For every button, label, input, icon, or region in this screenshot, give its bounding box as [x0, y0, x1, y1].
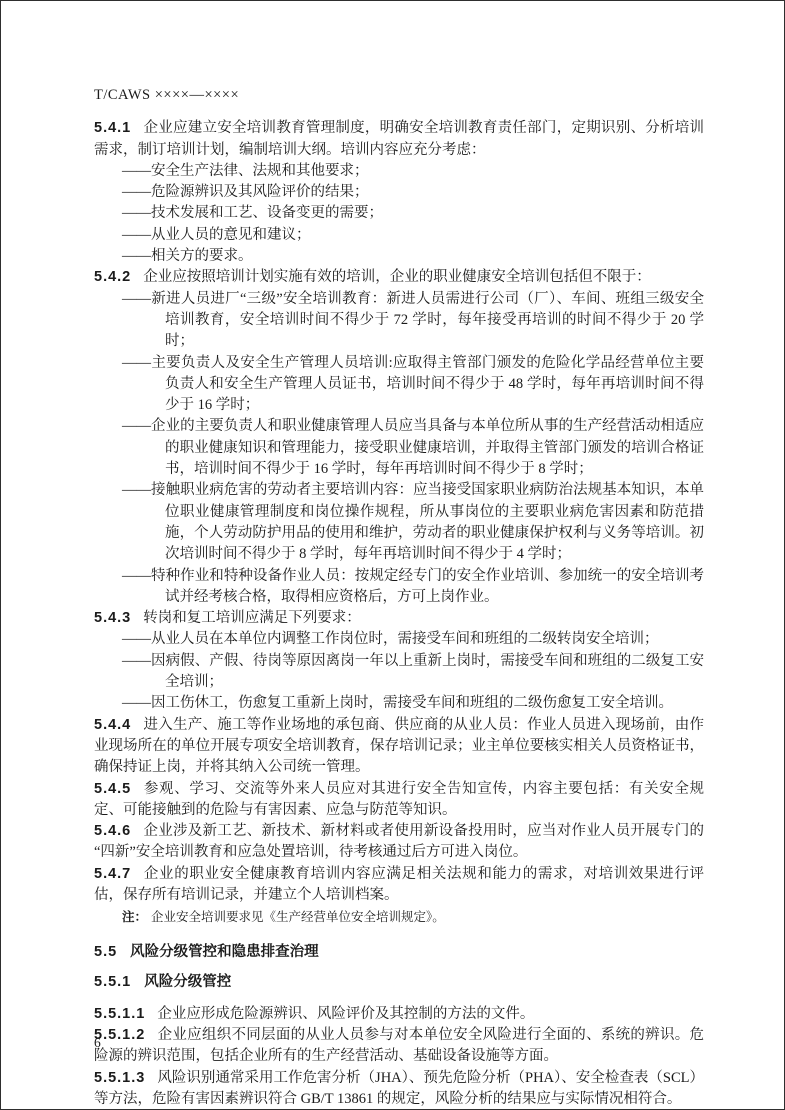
note-label: 注： [122, 910, 147, 924]
paragraph-text: 企业的职业安全健康教育培训内容应满足相关法规和能力的需求，对培训效果进行评估，保… [94, 866, 704, 903]
clause-number: 5.4.4 [94, 717, 131, 733]
paragraph-text: ——因病假、产假、待岗等原因离岗一年以上重新上岗时，需接受车间和班组的二级复工安… [122, 653, 704, 690]
dash-list-item: ——安全生产法律、法规和其他要求； [94, 161, 704, 182]
clause-paragraph: 5.4.5参观、学习、交流等外来人员应对其进行安全告知宣传，内容主要包括：有关安… [94, 779, 704, 822]
section-heading: 5.5风险分级管控和隐患排查治理 [94, 942, 704, 963]
paragraph-text: 风险识别通常采用工作危害分析（JHA）、预先危险分析（PHA）、安全检查表（SC… [94, 1070, 704, 1107]
paragraph-text: ——因工伤休工，伤愈复工重新上岗时，需接受车间和班组的二级伤愈复工安全培训。 [122, 695, 673, 711]
clause-number: 5.5 [94, 944, 117, 960]
clause-number: 5.4.7 [94, 866, 131, 882]
paragraph-text: 风险分级管控 [144, 974, 231, 990]
paragraph-text: ——从业人员的意见和建议； [122, 227, 311, 243]
subsection-heading: 5.5.1风险分级管控 [94, 972, 704, 993]
paragraph-text: 参观、学习、交流等外来人员应对其进行安全告知宣传，内容主要包括：有关安全规定、可… [94, 781, 704, 818]
clause-number: 5.4.5 [94, 781, 131, 797]
paragraph-text: ——安全生产法律、法规和其他要求； [122, 163, 369, 179]
paragraph-text: 企业应形成危险源辨识、风险评价及其控制的方法的文件。 [157, 1006, 534, 1022]
clause-number: 5.4.1 [94, 120, 131, 136]
document-content: T/CAWS ××××—×××× 5.4.1企业应建立安全培训教育管理制度，明确… [94, 85, 704, 1110]
paragraph-text: ——从业人员在本单位内调整工作岗位时，需接受车间和班组的二级转岗安全培训； [122, 631, 659, 647]
dash-list-item: ——特种作业和特种设备作业人员：按规定经专门的安全作业培训、参加统一的安全培训考… [94, 566, 704, 609]
paragraph-text: ——企业的主要负责人和职业健康管理人员应当具备与本单位所从事的生产经营活动相适应… [122, 418, 704, 477]
clause-number: 5.4.3 [94, 610, 131, 626]
note-line: 注：企业安全培训要求见《生产经营单位安全培训规定》。 [122, 907, 704, 927]
clause-paragraph: 5.5.1.2企业应组织不同层面的从业人员参与对本单位安全风险进行全面的、系统的… [94, 1025, 704, 1068]
paragraph-text: ——危险源辨识及其风险评价的结果； [122, 184, 369, 200]
dash-list-item: ——因工伤休工，伤愈复工重新上岗时，需接受车间和班组的二级伤愈复工安全培训。 [94, 693, 704, 714]
clause-paragraph: 5.4.3转岗和复工培训应满足下列要求： [94, 608, 704, 629]
clause-number: 5.5.1 [94, 974, 131, 990]
paragraph-text: 企业安全培训要求见《生产经营单位安全培训规定》。 [151, 910, 445, 924]
clause-paragraph: 5.4.1企业应建立安全培训教育管理制度，明确安全培训教育责任部门，定期识别、分… [94, 118, 704, 161]
clause-paragraph: 5.4.2企业应按照培训计划实施有效的培训，企业的职业健康安全培训包括但不限于： [94, 267, 704, 288]
clause-number: 5.4.6 [94, 823, 131, 839]
paragraph-text: ——接触职业病危害的劳动者主要培训内容：应当接受国家职业病防治法规基本知识，本单… [122, 482, 704, 562]
dash-list-item: ——因病假、产假、待岗等原因离岗一年以上重新上岗时，需接受车间和班组的二级复工安… [94, 651, 704, 694]
clause-paragraph: 5.5.1.1企业应形成危险源辨识、风险评价及其控制的方法的文件。 [94, 1004, 704, 1025]
paragraph-text: ——特种作业和特种设备作业人员：按规定经专门的安全作业培训、参加统一的安全培训考… [122, 568, 704, 605]
dash-list-item: ——新进人员进厂“三级”安全培训教育：新进人员需进行公司（厂）、车间、班组三级安… [94, 289, 704, 353]
clause-paragraph: 5.4.6企业涉及新工艺、新技术、新材料或者使用新设备投用时，应当对作业人员开展… [94, 821, 704, 864]
paragraph-text: 企业应建立安全培训教育管理制度，明确安全培训教育责任部门，定期识别、分析培训需求… [94, 120, 704, 157]
dash-list-item: ——企业的主要负责人和职业健康管理人员应当具备与本单位所从事的生产经营活动相适应… [94, 416, 704, 480]
document-page: T/CAWS ××××—×××× 5.4.1企业应建立安全培训教育管理制度，明确… [0, 0, 785, 1110]
paragraph-text: 企业应组织不同层面的从业人员参与对本单位安全风险进行全面的、系统的辨识。危险源的… [94, 1027, 704, 1064]
dash-list-item: ——从业人员在本单位内调整工作岗位时，需接受车间和班组的二级转岗安全培训； [94, 629, 704, 650]
paragraph-text: ——技术发展和工艺、设备变更的需要； [122, 205, 383, 221]
paragraph-text: 企业应按照培训计划实施有效的培训，企业的职业健康安全培训包括但不限于： [143, 269, 651, 285]
clause-paragraph: 5.5.1.3风险识别通常采用工作危害分析（JHA）、预先危险分析（PHA）、安… [94, 1068, 704, 1110]
clause-number: 5.5.1.3 [94, 1070, 145, 1086]
dash-list-item: ——主要负责人及安全生产管理人员培训:应取得主管部门颁发的危险化学品经营单位主要… [94, 353, 704, 417]
clause-number: 5.4.2 [94, 269, 131, 285]
paragraph-text: ——新进人员进厂“三级”安全培训教育：新进人员需进行公司（厂）、车间、班组三级安… [122, 291, 704, 350]
clause-number: 5.5.1.2 [94, 1027, 145, 1043]
clause-paragraph: 5.4.4进入生产、施工等作业场地的承包商、供应商的从业人员：作业人员进入现场前… [94, 715, 704, 779]
paragraph-text: 风险分级管控和隐患排查治理 [130, 944, 319, 960]
dash-list-item: ——从业人员的意见和建议； [94, 225, 704, 246]
clause-paragraph: 5.4.7企业的职业安全健康教育培训内容应满足相关法规和能力的需求，对培训效果进… [94, 864, 704, 907]
document-body: 5.4.1企业应建立安全培训教育管理制度，明确安全培训教育责任部门，定期识别、分… [94, 118, 704, 1110]
dash-list-item: ——相关方的要求。 [94, 246, 704, 267]
paragraph-text: ——相关方的要求。 [122, 248, 253, 264]
page-number: 6 [94, 1035, 101, 1051]
dash-list-item: ——危险源辨识及其风险评价的结果； [94, 182, 704, 203]
dash-list-item: ——接触职业病危害的劳动者主要培训内容：应当接受国家职业病防治法规基本知识，本单… [94, 480, 704, 565]
paragraph-text: 转岗和复工培训应满足下列要求： [143, 610, 361, 626]
clause-number: 5.5.1.1 [94, 1006, 145, 1022]
standard-number-header: T/CAWS ××××—×××× [94, 85, 704, 106]
paragraph-text: 进入生产、施工等作业场地的承包商、供应商的从业人员：作业人员进入现场前，由作业现… [94, 717, 704, 776]
paragraph-text: ——主要负责人及安全生产管理人员培训:应取得主管部门颁发的危险化学品经营单位主要… [122, 355, 704, 414]
paragraph-text: 企业涉及新工艺、新技术、新材料或者使用新设备投用时，应当对作业人员开展专门的“四… [94, 823, 704, 860]
dash-list-item: ——技术发展和工艺、设备变更的需要； [94, 203, 704, 224]
